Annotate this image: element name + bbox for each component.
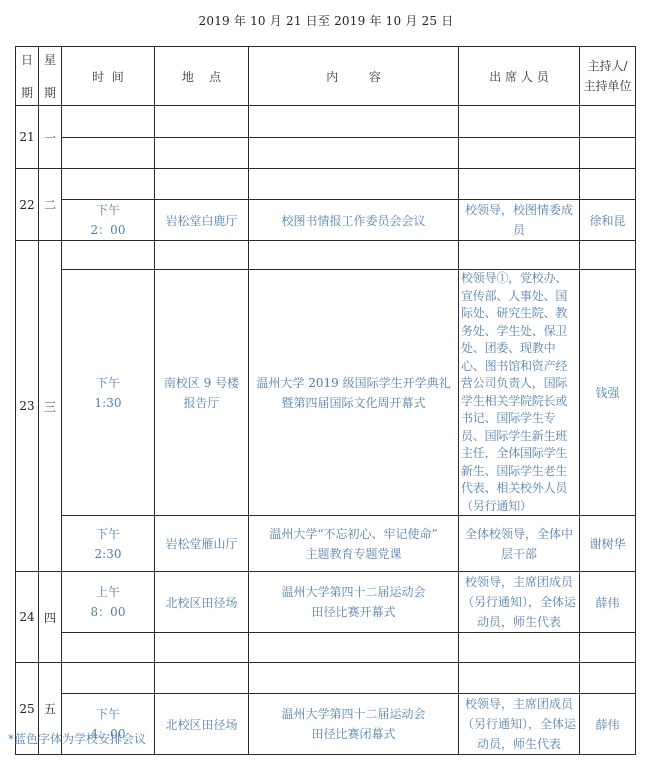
time-cell (62, 241, 155, 270)
location-cell: 南校区 9 号楼报告厅 (155, 270, 249, 516)
attendees-cell (459, 633, 580, 663)
table-row: 24 四 上午8：00 北校区田径场 温州大学第四十二届运动会田径比赛开幕式 校… (16, 572, 636, 633)
schedule-title: 2019 年 10 月 21 日至 2019 年 10 月 25 日 (0, 12, 652, 29)
host-cell: 薛伟 (580, 572, 636, 633)
time-cell (62, 169, 155, 200)
location-cell: 岩松堂雁山厅 (155, 516, 249, 572)
attendees-cell: 全体校领导，全体中层干部 (459, 516, 580, 572)
content-cell: 校图书情报工作委员会会议 (249, 200, 459, 241)
host-cell (580, 241, 636, 270)
location-cell (155, 106, 249, 138)
table-row: 22 二 (16, 169, 636, 200)
location-cell: 北校区田径场 (155, 694, 249, 755)
time-cell: 下午1:30 (62, 270, 155, 516)
host-cell: 薛伟 (580, 694, 636, 755)
location-cell: 岩松堂白鹿厅 (155, 200, 249, 241)
attendees-cell (459, 663, 580, 694)
table-row: 下午2：00 岩松堂白鹿厅 校图书情报工作委员会会议 校领导，校图情委成员 徐和… (16, 200, 636, 241)
host-cell (580, 169, 636, 200)
date-cell: 21 (16, 106, 39, 169)
time-cell (62, 106, 155, 138)
content-cell (249, 138, 459, 169)
header-weekday: 星期 (39, 47, 62, 106)
host-cell: 徐和昆 (580, 200, 636, 241)
table-row: 21 一 (16, 106, 636, 138)
location-cell (155, 169, 249, 200)
attendees-cell (459, 241, 580, 270)
content-cell (249, 169, 459, 200)
content-cell: 温州大学第四十二届运动会田径比赛开幕式 (249, 572, 459, 633)
date-cell: 23 (16, 241, 39, 572)
attendees-cell: 校领导①，党校办、宣传部、人事处、国际处、研究生院、教务处、学生处、保卫处、团委… (459, 270, 580, 516)
host-cell (580, 106, 636, 138)
header-date: 日期 (16, 47, 39, 106)
host-cell (580, 663, 636, 694)
time-cell (62, 663, 155, 694)
weekday-cell: 三 (39, 241, 62, 572)
header-time: 时 间 (62, 47, 155, 106)
content-cell (249, 633, 459, 663)
content-cell (249, 241, 459, 270)
location-cell (155, 138, 249, 169)
schedule-table: 日期 星期 时 间 地 点 内 容 出 席 人 员 主持人/主持单位 21 一 … (15, 46, 636, 755)
host-cell: 谢树华 (580, 516, 636, 572)
time-cell: 下午2：00 (62, 200, 155, 241)
content-cell: 温州大学第四十二届运动会田径比赛闭幕式 (249, 694, 459, 755)
attendees-cell: 校领导，主席团成员（另行通知），全体运动员，师生代表 (459, 694, 580, 755)
attendees-cell: 校领导，校图情委成员 (459, 200, 580, 241)
weekday-cell: 一 (39, 106, 62, 169)
time-cell (62, 138, 155, 169)
location-cell (155, 663, 249, 694)
header-attendees: 出 席 人 员 (459, 47, 580, 106)
attendees-cell: 校领导，主席团成员（另行通知），全体运动员，师生代表 (459, 572, 580, 633)
table-row: 25 五 (16, 663, 636, 694)
attendees-cell (459, 169, 580, 200)
time-cell: 下午2:30 (62, 516, 155, 572)
footnote: *蓝色字体为学校安排会议 (8, 730, 146, 747)
weekday-cell: 二 (39, 169, 62, 241)
content-cell: 温州大学 2019 级国际学生开学典礼暨第四届国际文化周开幕式 (249, 270, 459, 516)
host-cell: 钱强 (580, 270, 636, 516)
table-row: 下午1:30 南校区 9 号楼报告厅 温州大学 2019 级国际学生开学典礼暨第… (16, 270, 636, 516)
date-cell: 22 (16, 169, 39, 241)
location-cell: 北校区田径场 (155, 572, 249, 633)
table-row: 23 三 (16, 241, 636, 270)
location-cell (155, 241, 249, 270)
table-row (16, 138, 636, 169)
table-row: 下午2:30 岩松堂雁山厅 温州大学“不忘初心、牢记使命”主题教育专题党课 全体… (16, 516, 636, 572)
content-cell (249, 106, 459, 138)
table-row (16, 633, 636, 663)
time-cell (62, 633, 155, 663)
content-cell: 温州大学“不忘初心、牢记使命”主题教育专题党课 (249, 516, 459, 572)
attendees-cell (459, 138, 580, 169)
header-host: 主持人/主持单位 (580, 47, 636, 106)
date-cell: 24 (16, 572, 39, 663)
attendees-cell (459, 106, 580, 138)
header-row: 日期 星期 时 间 地 点 内 容 出 席 人 员 主持人/主持单位 (16, 47, 636, 106)
location-cell (155, 633, 249, 663)
weekday-cell: 四 (39, 572, 62, 663)
host-cell (580, 633, 636, 663)
host-cell (580, 138, 636, 169)
header-content: 内 容 (249, 47, 459, 106)
time-cell: 上午8：00 (62, 572, 155, 633)
header-location: 地 点 (155, 47, 249, 106)
content-cell (249, 663, 459, 694)
